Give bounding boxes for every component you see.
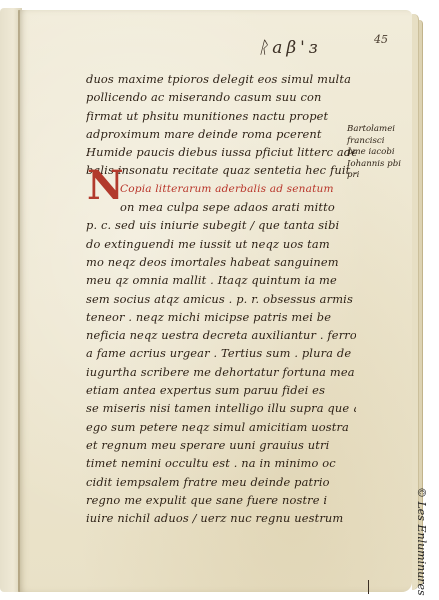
text-line: iugurtha scribere me dehortatur fortuna …	[86, 363, 356, 381]
marginal-line: pri	[347, 170, 411, 182]
shelfmark-annotation: ᚱaβ'ɜ	[258, 38, 322, 58]
text-line: mo neqz deos imortales habeat sanguinem	[86, 253, 356, 271]
manuscript-spread: ᚱaβ'ɜ 45 duos maxime tpioros delegit eos…	[0, 0, 439, 600]
text-line: teneor . neqz michi micipse patris mei b…	[86, 308, 356, 326]
text-line: a fame acrius urgear . Tertius sum . plu…	[86, 344, 356, 362]
marginal-line: francisci	[347, 136, 411, 148]
text-line: se miseris nisi tamen intelligo illu sup…	[86, 399, 356, 417]
text-line: duos maxime tpioros delegit eos simul mu…	[86, 70, 356, 88]
text-line: do extinguendi me iussit ut neqz uos tam	[86, 235, 356, 253]
text-line: balis insonatu recitate quaz sentetia he…	[86, 161, 356, 179]
text-line: meu qz omnia mallit . Itaqz quintum ia m…	[86, 271, 356, 289]
text-line: iuire nichil aduos / uerz nuc regnu uest…	[86, 509, 356, 527]
text-line: p. c. sed uis iniurie subegit / que tant…	[86, 216, 356, 234]
copyright-credit: © Les Enluminures	[415, 487, 428, 596]
rubric-heading: Copia litterarum aderbalis ad senatum	[86, 180, 356, 198]
catchword-mark	[368, 580, 369, 594]
marginal-note: Bartolamei francisci pme iacobi Iohannis…	[347, 124, 411, 182]
text-line: pollicendo ac miserando casum suu con	[86, 88, 356, 106]
text-line: Humide paucis diebus iussa pficiut litte…	[86, 143, 356, 161]
text-line: adproximum mare deinde roma pcerent	[86, 125, 356, 143]
marginal-line: Iohannis pbi	[347, 159, 411, 171]
binding-gutter	[18, 10, 20, 592]
main-text-column: duos maxime tpioros delegit eos simul mu…	[86, 70, 356, 527]
text-line: regno me expulit que sane fuere nostre i	[86, 491, 356, 509]
text-line: ego sum petere neqz simul amicitiam uost…	[86, 418, 356, 436]
text-line: firmat ut phsitu munitiones nactu propet	[86, 107, 356, 125]
text-line: etiam antea expertus sum paruu fidei es	[86, 381, 356, 399]
marginal-line: pme iacobi	[347, 147, 411, 159]
text-line: cidit iempsalem fratre meu deinde patrio	[86, 473, 356, 491]
folio-number: 45	[374, 33, 388, 46]
text-line: et regnum meu sperare uuni grauius utri	[86, 436, 356, 454]
marginal-line: Bartolamei	[347, 124, 411, 136]
text-line: sem socius atqz amicus . p. r. obsessus …	[86, 290, 356, 308]
red-initial-letter: N	[87, 166, 124, 206]
text-line: timet nemini occultu est . na in minimo …	[86, 454, 356, 472]
text-line: neficia neqz uestra decreta auxiliantur …	[86, 326, 356, 344]
text-line: on mea culpa sepe adaos arati mitto	[86, 198, 356, 216]
